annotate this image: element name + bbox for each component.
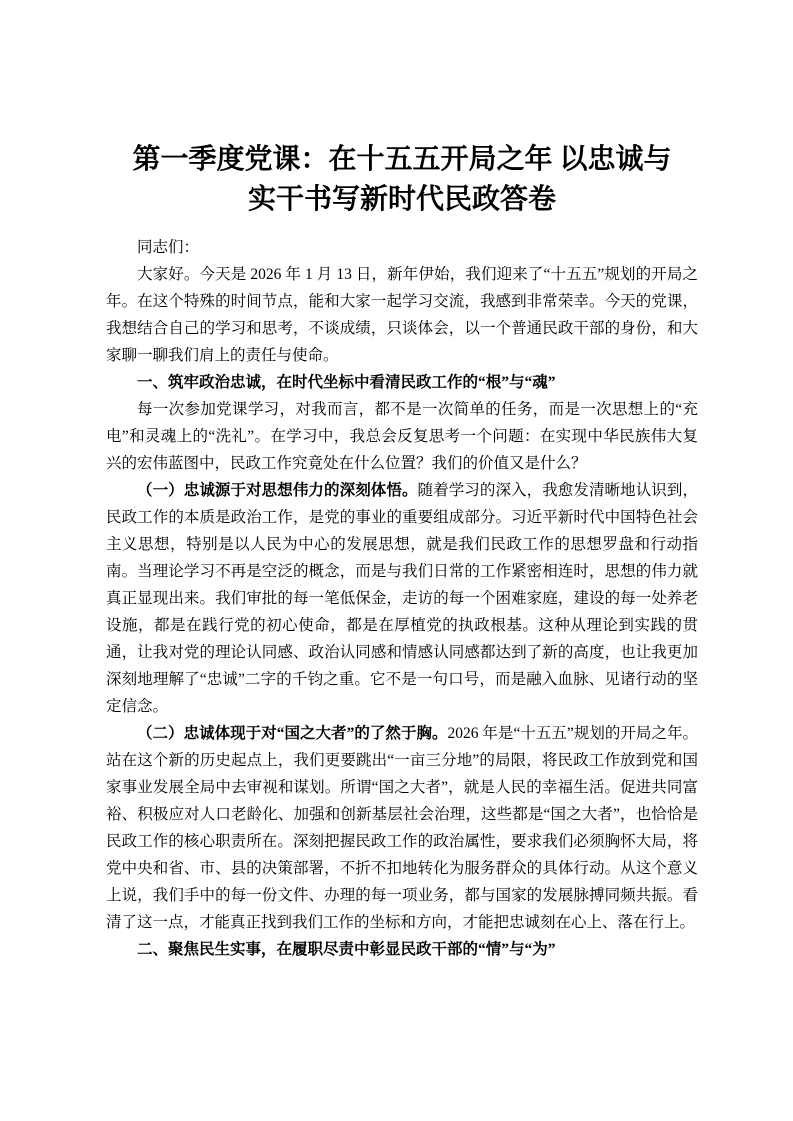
document-content: 第一季度党课：在十五五开局之年 以忠诚与 实干书写新时代民政答卷 同志们： 大家…	[106, 140, 698, 963]
document-title-line-1: 第一季度党课：在十五五开局之年 以忠诚与	[106, 140, 698, 180]
document-title: 第一季度党课：在十五五开局之年 以忠诚与 实干书写新时代民政答卷	[106, 140, 698, 220]
paragraph-2: （一）忠诚源于对思想伟力的深刻体悟。随着学习的深入，我愈发清晰地认识到，民政工作…	[106, 477, 698, 720]
document-body: 同志们： 大家好。今天是 2026 年 1 月 13 日，新年伊始，我们迎来了“…	[106, 234, 698, 963]
paragraph-2-lead: （一）忠诚源于对思想伟力的深刻体悟。	[137, 482, 418, 499]
paragraph-3: （二）忠诚体现于对“国之大者”的了然于胸。2026 年是“十五五”规划的开局之年…	[106, 720, 698, 936]
document-title-line-2: 实干书写新时代民政答卷	[106, 180, 698, 220]
paragraph-3-text: 2026 年是“十五五”规划的开局之年。站在这个新的历史起点上，我们更要跳出“一…	[106, 725, 698, 931]
document-page: 第一季度党课：在十五五开局之年 以忠诚与 实干书写新时代民政答卷 同志们： 大家…	[0, 0, 793, 1121]
section-heading-1: 一、筑牢政治忠诚，在时代坐标中看清民政工作的“根”与“魂”	[106, 369, 698, 396]
paragraph-1: 每一次参加党课学习，对我而言，都不是一次简单的任务，而是一次思想上的“充电”和灵…	[106, 396, 698, 477]
section-heading-2: 二、聚焦民生实事，在履职尽责中彰显民政干部的“情”与“为”	[106, 936, 698, 963]
paragraph-3-lead: （二）忠诚体现于对“国之大者”的了然于胸。	[137, 725, 448, 742]
paragraph-intro: 大家好。今天是 2026 年 1 月 13 日，新年伊始，我们迎来了“十五五”规…	[106, 261, 698, 369]
salutation: 同志们：	[106, 234, 698, 261]
paragraph-2-text: 随着学习的深入，我愈发清晰地认识到，民政工作的本质是政治工作，是党的事业的重要组…	[106, 482, 698, 715]
